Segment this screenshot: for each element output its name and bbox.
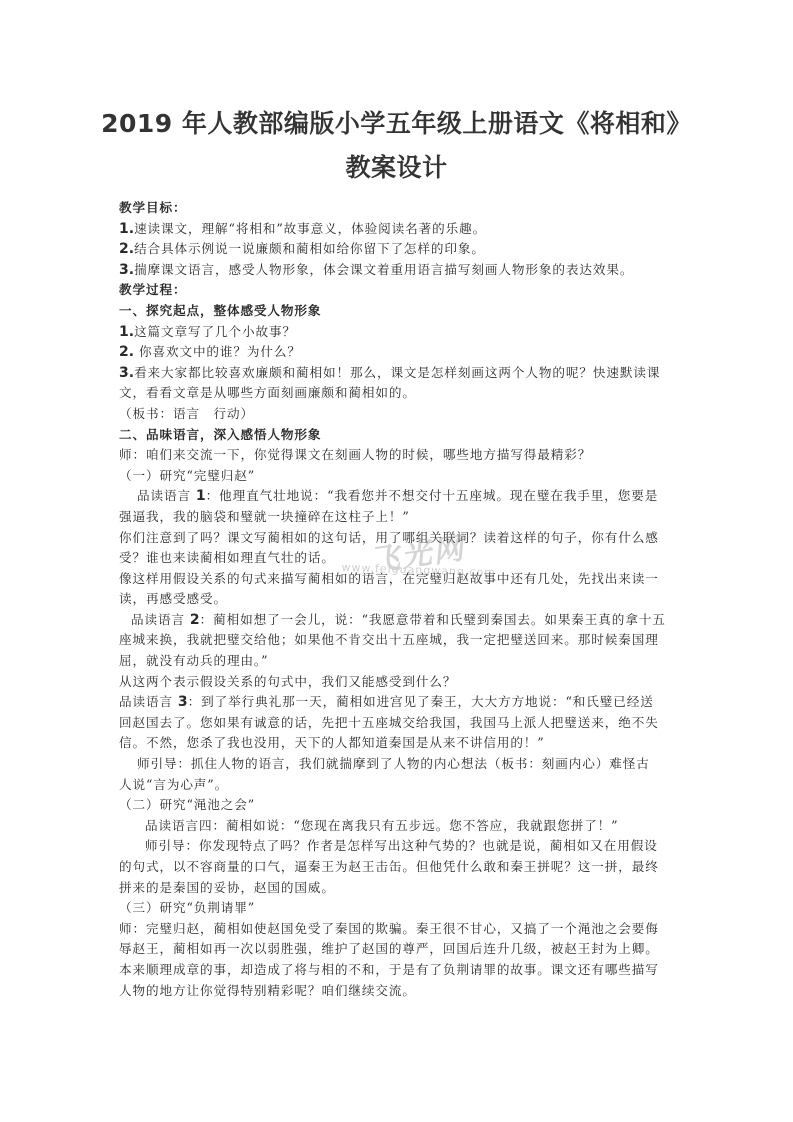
- line-text: 二、品味语言，深入感悟人物形象: [119, 427, 321, 442]
- line-text: 文，看看文章是从哪些方面刻画廉颇和蔺相如的。: [119, 385, 416, 400]
- reading-number: 2: [190, 612, 200, 628]
- list-number: 1.: [119, 324, 134, 340]
- line-text: 人说“言为心声”。: [119, 777, 228, 792]
- document-line: 一、探究起点，整体感受人物形象: [119, 301, 679, 322]
- list-number: 3.: [119, 365, 134, 381]
- reading-number: 1: [196, 488, 206, 504]
- line-text: 的句式，以不容商量的口气，逼秦王为赵王击缶。但他凭什么敢和秦王拼呢？这一拼，最终: [119, 859, 659, 874]
- line-text: 信。不然，您杀了我也没用，天下的人都知道秦国是从来不讲信用的！”: [119, 735, 545, 750]
- reading-number: 3: [178, 694, 188, 710]
- line-text: （三）研究“负荆请罪”: [119, 900, 255, 915]
- document-line: 教学过程：: [119, 280, 679, 301]
- line-text: 你们注意到了吗？课文写蔺相如的这句话，用了哪组关联词？读着这样的句子，你有什么感: [119, 530, 659, 545]
- document-line: 1.这篇文章写了几个小故事？: [119, 322, 679, 343]
- document-line: （板书：语言 行动）: [119, 404, 679, 425]
- line-text: （板书：语言 行动）: [119, 406, 254, 421]
- document-line: 二、品味语言，深入感悟人物形象: [119, 425, 679, 446]
- line-text: 师：完璧归赵，蔺相如使赵国免受了秦国的欺骗。秦王很不甘心，又搞了一个渑池之会要侮: [119, 921, 659, 936]
- document-line: 师引导：你发现特点了吗？作者是怎样写出这种气势的？也就是说，蔺相如又在用假设: [119, 836, 679, 857]
- line-text: 像这样用假设关系的句式来描写蔺相如的语言，在完璧归赵故事中还有几处，先找出来读一: [119, 571, 659, 586]
- line-text-continued: ：他理直气壮地说：“我看您并不想交付十五座城。现在璧在我手里，您要是: [206, 488, 659, 503]
- line-text: 从这两个表示假设关系的句式中，我们又能感受到什么？: [119, 674, 456, 689]
- line-text: 结合具体示例说一说廉颇和蔺相如给你留下了怎样的印象。: [134, 241, 485, 256]
- line-text: 强逼我，我的脑袋和璧就一块撞碎在这柱子上！”: [119, 509, 410, 524]
- document-line: 信。不然，您杀了我也没用，天下的人都知道秦国是从来不讲信用的！”: [119, 733, 679, 754]
- document-line: 师：咱们来交流一下，你觉得课文在刻画人物的时候，哪些地方描写得最精彩？: [119, 445, 679, 466]
- line-text: 教学目标：: [119, 200, 186, 215]
- line-text: 师引导：你发现特点了吗？作者是怎样写出这种气势的？也就是说，蔺相如又在用假设: [145, 838, 658, 853]
- document-line: 你们注意到了吗？课文写蔺相如的这句话，用了哪组关联词？读着这样的句子，你有什么感: [119, 528, 679, 549]
- document-line: 强逼我，我的脑袋和璧就一块撞碎在这柱子上！”: [119, 507, 679, 528]
- list-number: 3.: [119, 262, 134, 278]
- line-text: 教学过程：: [119, 282, 186, 297]
- document-line: （二）研究“渑池之会”: [119, 795, 679, 816]
- line-text-continued: ：蔺相如想了一会儿，说：“我愿意带着和氏璧到秦国去。如果秦王真的拿十五: [200, 612, 666, 627]
- document-line: 1.速读课文，理解“将相和”故事意义，体验阅读名著的乐趣。: [119, 219, 679, 240]
- document-line: 品读语言 2：蔺相如想了一会儿，说：“我愿意带着和氏璧到秦国去。如果秦王真的拿十…: [119, 610, 679, 631]
- document-line: 辱赵王，蔺相如再一次以弱胜强，维护了赵国的尊严，回国后连升几级，被赵王封为上卿。: [119, 939, 679, 960]
- document-subtitle: 教案设计: [0, 148, 793, 184]
- line-text: 品读语言四：蔺相如说：“您现在离我只有五步远。您不答应，我就跟您拼了！”: [145, 818, 618, 833]
- document-line: 人说“言为心声”。: [119, 775, 679, 796]
- document-page: 2019 年人教部编版小学五年级上册语文《将相和》 教案设计 教学目标：1.速读…: [0, 0, 793, 1122]
- document-line: 人物的地方让你觉得特别精彩呢？咱们继续交流。: [119, 981, 679, 1002]
- document-line: 座城来换，我就把璧交给他；如果他不肯交出十五座城，我一定把璧送回来。那时候秦国理: [119, 630, 679, 651]
- document-line: 拼来的是秦国的妥协，赵国的国威。: [119, 878, 679, 899]
- document-line: 师：完璧归赵，蔺相如使赵国免受了秦国的欺骗。秦王很不甘心，又搞了一个渑池之会要侮: [119, 919, 679, 940]
- document-line: 2. 你喜欢文中的谁？为什么？: [119, 342, 679, 363]
- line-text: （一）研究“完璧归赵”: [119, 468, 255, 483]
- document-line: 品读语言 3：到了举行典礼那一天，蔺相如进宫见了秦王，大大方方地说：“和氏璧已经…: [119, 692, 679, 713]
- document-line: （三）研究“负荆请罪”: [119, 898, 679, 919]
- line-text: 辱赵王，蔺相如再一次以弱胜强，维护了赵国的尊严，回国后连升几级，被赵王封为上卿。: [119, 941, 659, 956]
- document-line: 品读语言四：蔺相如说：“您现在离我只有五步远。您不答应，我就跟您拼了！”: [119, 816, 679, 837]
- line-text: 这篇文章写了几个小故事？: [134, 324, 296, 339]
- line-text: 看来大家都比较喜欢廉颇和蔺相如！那么，课文是怎样刻画这两个人物的呢？快速默读课: [134, 365, 660, 380]
- document-line: 文，看看文章是从哪些方面刻画廉颇和蔺相如的。: [119, 383, 679, 404]
- document-body: 教学目标：1.速读课文，理解“将相和”故事意义，体验阅读名著的乐趣。2.结合具体…: [119, 198, 679, 1001]
- document-line: 像这样用假设关系的句式来描写蔺相如的语言，在完璧归赵故事中还有几处，先找出来读一: [119, 569, 679, 590]
- line-text: 一、探究起点，整体感受人物形象: [119, 303, 321, 318]
- line-text: 你喜欢文中的谁？为什么？: [134, 344, 301, 359]
- document-line: 品读语言 1：他理直气壮地说：“我看您并不想交付十五座城。现在璧在我手里，您要是: [119, 486, 679, 507]
- line-text: 揣摩课文语言，感受人物形象，体会课文着重用语言描写刻画人物形象的表达效果。: [134, 262, 633, 277]
- line-text: 师：咱们来交流一下，你觉得课文在刻画人物的时候，哪些地方描写得最精彩？: [119, 447, 591, 462]
- line-text: 拼来的是秦国的妥协，赵国的国威。: [119, 880, 335, 895]
- line-text-continued: ：到了举行典礼那一天，蔺相如进宫见了秦王，大大方方地说：“和氏璧已经送: [188, 694, 654, 709]
- line-text: 读，再感受感受。: [119, 591, 227, 606]
- document-line: （一）研究“完璧归赵”: [119, 466, 679, 487]
- document-line: 师引导：抓住人物的语言，我们就揣摩到了人物的内心想法（板书：刻画内心）难怪古: [119, 754, 679, 775]
- line-text: 品读语言: [137, 488, 196, 503]
- document-line: 2.结合具体示例说一说廉颇和蔺相如给你留下了怎样的印象。: [119, 239, 679, 260]
- document-line: 读，再感受感受。: [119, 589, 679, 610]
- document-line: 从这两个表示假设关系的句式中，我们又能感受到什么？: [119, 672, 679, 693]
- list-number: 2.: [119, 241, 134, 257]
- document-line: 受？谁也来读蔺相如理直气壮的话。: [119, 548, 679, 569]
- document-line: 的句式，以不容商量的口气，逼秦王为赵王击缶。但他凭什么敢和秦王拼呢？这一拼，最终: [119, 857, 679, 878]
- document-line: 教学目标：: [119, 198, 679, 219]
- line-text: （二）研究“渑池之会”: [119, 797, 255, 812]
- line-text: 人物的地方让你觉得特别精彩呢？咱们继续交流。: [119, 983, 416, 998]
- document-line: 屈，就没有动兵的理由。”: [119, 651, 679, 672]
- line-text: 屈，就没有动兵的理由。”: [119, 653, 268, 668]
- line-text: 速读课文，理解“将相和”故事意义，体验阅读名著的乐趣。: [134, 221, 486, 236]
- line-text: 本来顺理成章的事，却造成了将与相的不和，于是有了负荆请罪的故事。课文还有哪些描写: [119, 962, 659, 977]
- list-number: 1.: [119, 221, 134, 237]
- line-text: 品读语言: [119, 694, 178, 709]
- line-text: 品读语言: [131, 612, 190, 627]
- line-text: 座城来换，我就把璧交给他；如果他不肯交出十五座城，我一定把璧送回来。那时候秦国理: [119, 632, 659, 647]
- line-text: 回赵国去了。您如果有诚意的话，先把十五座城交给我国，我国马上派人把璧送来，绝不失: [119, 715, 659, 730]
- document-line: 本来顺理成章的事，却造成了将与相的不和，于是有了负荆请罪的故事。课文还有哪些描写: [119, 960, 679, 981]
- document-line: 3.揣摩课文语言，感受人物形象，体会课文着重用语言描写刻画人物形象的表达效果。: [119, 260, 679, 281]
- list-number: 2.: [119, 344, 134, 360]
- document-title: 2019 年人教部编版小学五年级上册语文《将相和》: [0, 104, 793, 140]
- document-line: 回赵国去了。您如果有诚意的话，先把十五座城交给我国，我国马上派人把璧送来，绝不失: [119, 713, 679, 734]
- document-line: 3.看来大家都比较喜欢廉颇和蔺相如！那么，课文是怎样刻画这两个人物的呢？快速默读…: [119, 363, 679, 384]
- line-text: 师引导：抓住人物的语言，我们就揣摩到了人物的内心想法（板书：刻画内心）难怪古: [137, 756, 650, 771]
- line-text: 受？谁也来读蔺相如理直气壮的话。: [119, 550, 335, 565]
